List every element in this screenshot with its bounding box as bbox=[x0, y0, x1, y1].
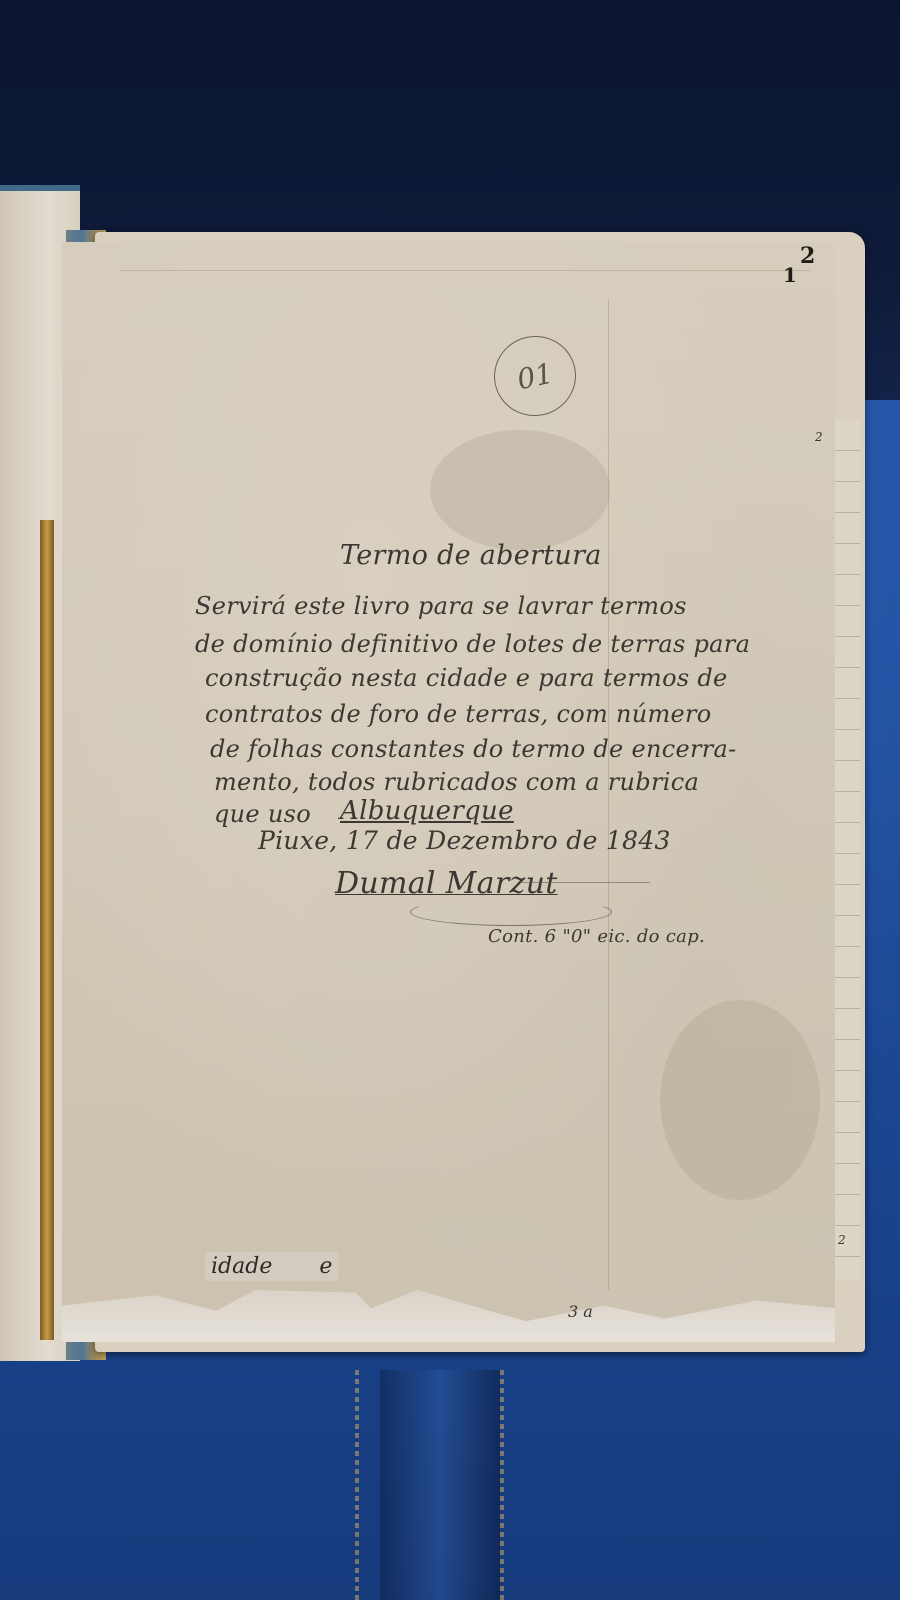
denim-seam bbox=[500, 1370, 504, 1600]
signature-stroke bbox=[520, 882, 650, 883]
body-line: de folhas constantes do termo de encerra… bbox=[210, 735, 737, 763]
body-line: que uso bbox=[214, 800, 311, 828]
edge-mark: 2 bbox=[838, 1233, 846, 1247]
date-line: Piuxe, 17 de Dezembro de 1843 bbox=[258, 826, 671, 855]
paper-stain bbox=[430, 430, 610, 550]
signature-flourish bbox=[410, 898, 612, 926]
body-line: contratos de foro de terras, com número bbox=[205, 700, 712, 728]
circled-folio-text: 01 bbox=[514, 356, 556, 396]
document-title: Termo de abertura bbox=[340, 540, 602, 571]
body-line: de domínio definitivo de lotes de terras… bbox=[195, 630, 750, 658]
denim-fold bbox=[380, 1370, 500, 1600]
body-line: construção nesta cidade e para termos de bbox=[205, 664, 728, 692]
denim-seam bbox=[355, 1370, 359, 1600]
signature: Dumal Marzut bbox=[335, 866, 558, 901]
book-gilt-edge bbox=[40, 520, 54, 1340]
torn-fragment-word: e bbox=[319, 1254, 332, 1279]
page-inner-border bbox=[120, 270, 810, 271]
edge-mark: 2 bbox=[815, 430, 823, 444]
torn-fragment-text: idade e bbox=[205, 1252, 338, 1281]
page-number-large: 2 bbox=[800, 243, 815, 269]
torn-fragment-word: idade bbox=[211, 1254, 272, 1279]
torn-fragment-text: 3 a bbox=[568, 1302, 593, 1321]
body-line: mento, todos rubricados com a rubrica bbox=[214, 768, 699, 796]
page-number-small: 1 bbox=[783, 263, 797, 287]
signatory-rank: Cont. 6 "0" eic. do cap. bbox=[488, 926, 705, 947]
body-line: Servirá este livro para se lavrar termos bbox=[195, 592, 687, 620]
paper-stain bbox=[660, 1000, 820, 1200]
rubrica: Albuquerque bbox=[340, 796, 514, 826]
